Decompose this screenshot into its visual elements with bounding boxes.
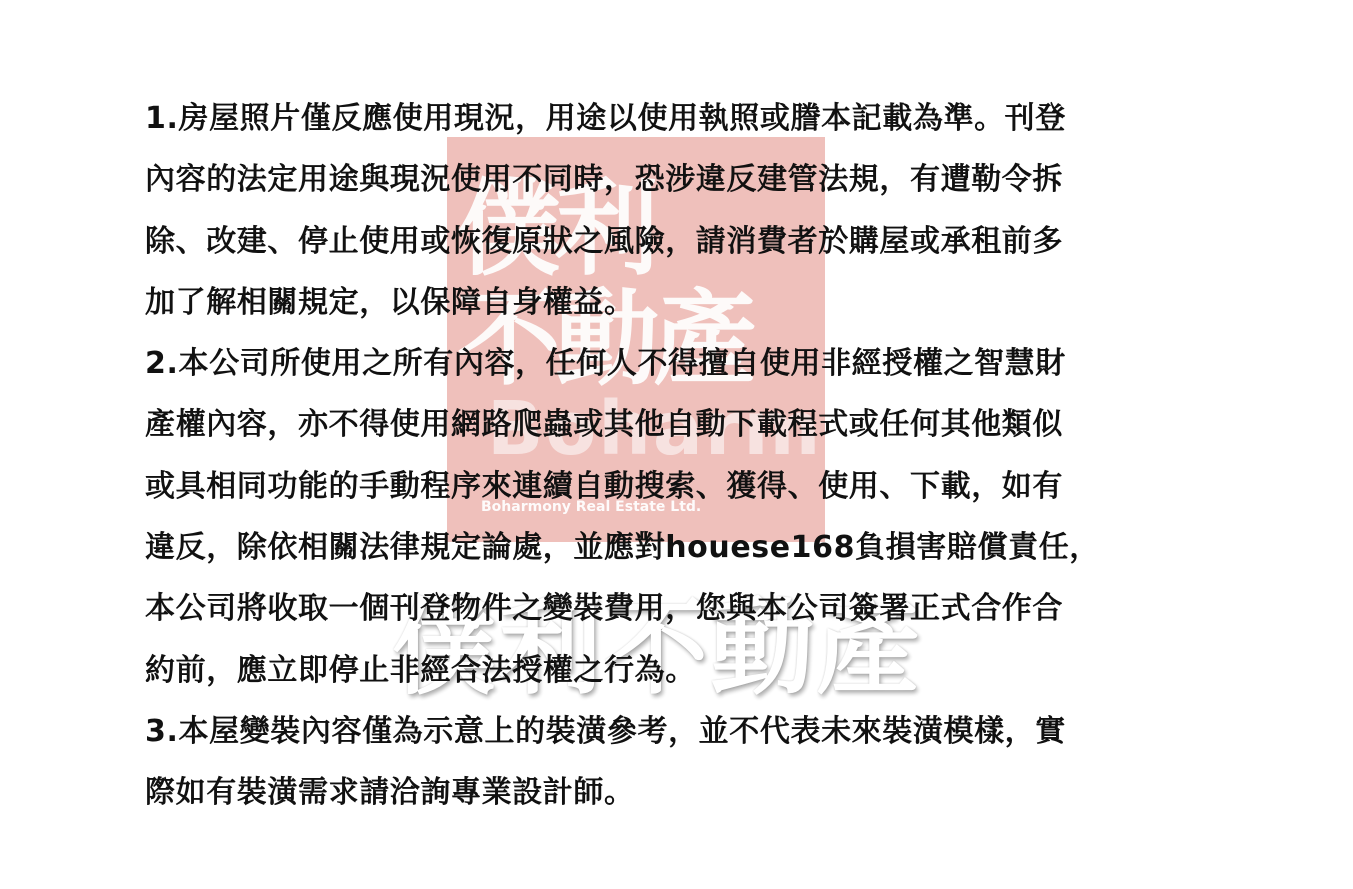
notice-line: 際如有裝潢需求請洽詢專業設計師。 (145, 762, 1205, 823)
notice-line: 約前，應立即停止非經合法授權之行為。 (145, 640, 1205, 701)
notice-line: 或具相同功能的手動程序來連續自動搜索、獲得、使用、下載，如有 (145, 456, 1205, 517)
notice-line: 2.本公司所使用之所有內容，任何人不得擅自使用非經授權之智慧財 (145, 333, 1205, 394)
disclaimer-notice: 1.房屋照片僅反應使用現況，用途以使用執照或謄本記載為準。刊登 內容的法定用途與… (145, 88, 1205, 824)
notice-item-3: 3.本屋變裝內容僅為示意上的裝潢參考，並不代表未來裝潢模樣，實 際如有裝潢需求請… (145, 701, 1205, 824)
notice-line: 產權內容，亦不得使用網路爬蟲或其他自動下載程式或任何其他類似 (145, 394, 1205, 455)
notice-item-1: 1.房屋照片僅反應使用現況，用途以使用執照或謄本記載為準。刊登 內容的法定用途與… (145, 88, 1205, 333)
notice-line: 本公司將收取一個刊登物件之變裝費用，您與本公司簽署正式合作合 (145, 578, 1205, 639)
notice-line: 加了解相關規定，以保障自身權益。 (145, 272, 1205, 333)
notice-line: 內容的法定用途與現況使用不同時，恐涉違反建管法規，有遭勒令拆 (145, 149, 1205, 210)
notice-line: 1.房屋照片僅反應使用現況，用途以使用執照或謄本記載為準。刊登 (145, 88, 1205, 149)
notice-line: 違反，除依相關法律規定論處，並應對houese168負損害賠償責任， (145, 517, 1205, 578)
notice-line: 除、改建、停止使用或恢復原狀之風險，請消費者於購屋或承租前多 (145, 211, 1205, 272)
notice-item-2: 2.本公司所使用之所有內容，任何人不得擅自使用非經授權之智慧財 產權內容，亦不得… (145, 333, 1205, 701)
notice-line: 3.本屋變裝內容僅為示意上的裝潢參考，並不代表未來裝潢模樣，實 (145, 701, 1205, 762)
